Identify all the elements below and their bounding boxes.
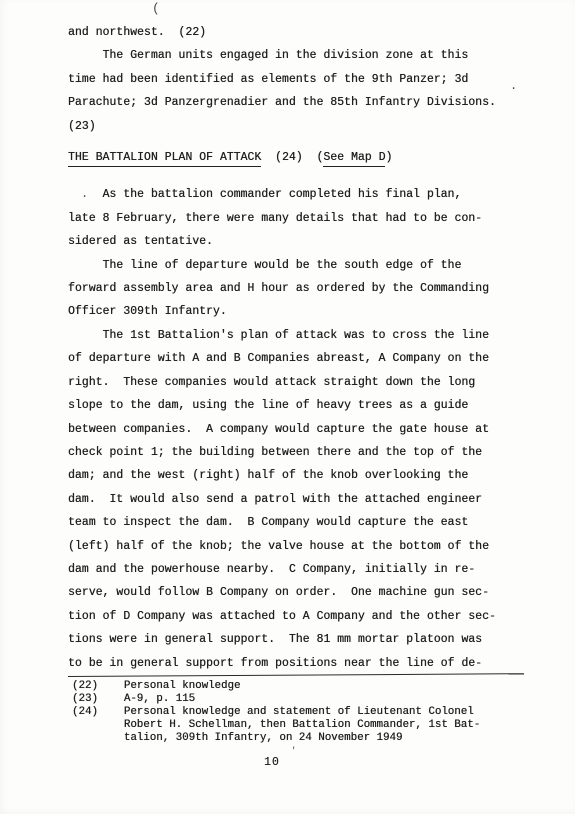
text-line: The 1st Battalion's plan of attack was t… xyxy=(68,324,513,347)
text-line: Parachute; 3d Panzergrenadier and the 85… xyxy=(68,91,513,114)
paragraph: The 1st Battalion's plan of attack was t… xyxy=(68,324,513,675)
footnotes-section: (22) Personal knowledge(23) A-9, p. 115(… xyxy=(0,676,575,745)
text-line: late 8 February, there were many details… xyxy=(68,207,513,230)
text-line: serve, would follow B Company on order. … xyxy=(68,581,513,604)
text-line: The German units engaged in the division… xyxy=(68,44,513,67)
text-line: check point 1; the building between ther… xyxy=(68,441,513,464)
text-line: tions were in general support. The 81 mm… xyxy=(68,628,513,651)
text-line: dam. It would also send a patrol with th… xyxy=(68,488,513,511)
text-line: dam; and the west (right) half of the kn… xyxy=(68,464,513,487)
text-line: slope to the dam, using the line of heav… xyxy=(68,394,513,417)
text-line: forward assembly area and H hour as orde… xyxy=(68,277,513,300)
text-line: dam and the powerhouse nearby. C Company… xyxy=(68,558,513,581)
section-heading: THE BATTALION PLAN OF ATTACK (24) (See M… xyxy=(68,146,513,169)
stray-mark: . xyxy=(81,188,88,200)
heading-segment: THE BATTALION PLAN OF ATTACK xyxy=(68,151,261,167)
stray-mark: ( xyxy=(152,2,160,15)
text-line: team to inspect the dam. B Company would… xyxy=(68,511,513,534)
text-line: sidered as tentative. xyxy=(68,230,513,253)
text-line: of departure with A and B Companies abre… xyxy=(68,347,513,370)
paragraph: and northwest. (22) xyxy=(68,21,513,44)
footnote-line: Robert H. Schellman, then Battalion Comm… xyxy=(72,719,575,732)
heading-segment: ) xyxy=(385,151,392,164)
paragraph: As the battalion commander completed his… xyxy=(68,183,513,253)
document-body: and northwest. (22) The German units eng… xyxy=(68,0,513,675)
text-line: Officer 309th Infantry. xyxy=(68,300,513,323)
text-line: time had been identified as elements of … xyxy=(68,68,513,91)
document-page: and northwest. (22) The German units eng… xyxy=(0,0,575,814)
stray-mark: . xyxy=(510,80,517,92)
paragraph: The German units engaged in the division… xyxy=(68,44,513,138)
footnotes: (22) Personal knowledge(23) A-9, p. 115(… xyxy=(72,680,575,745)
text-line: (23) xyxy=(68,115,513,138)
text-line: right. These companies would attack stra… xyxy=(68,371,513,394)
text-line: to be in general support from positions … xyxy=(68,652,513,675)
footnote-line: (24) Personal knowledge and statement of… xyxy=(72,706,575,719)
heading-segment: (24) ( xyxy=(261,151,323,164)
paragraph: The line of departure would be the south… xyxy=(68,254,513,324)
footnote-line: (22) Personal knowledge xyxy=(72,680,575,693)
text-line: (left) half of the knob; the valve house… xyxy=(68,535,513,558)
text-line: between companies. A company would captu… xyxy=(68,418,513,441)
text-line: The line of departure would be the south… xyxy=(68,254,513,277)
text-line: tion of D Company was attached to A Comp… xyxy=(68,605,513,628)
heading-segment: See Map D xyxy=(323,151,385,167)
text-line: As the battalion commander completed his… xyxy=(68,183,513,206)
footnote-line: (23) A-9, p. 115 xyxy=(72,693,575,706)
page-number: 10 xyxy=(264,756,304,769)
text-line: and northwest. (22) xyxy=(68,21,513,44)
footnote-line: talion, 309th Infantry, on 24 November 1… xyxy=(72,732,575,745)
stray-mark: ' xyxy=(291,747,296,756)
